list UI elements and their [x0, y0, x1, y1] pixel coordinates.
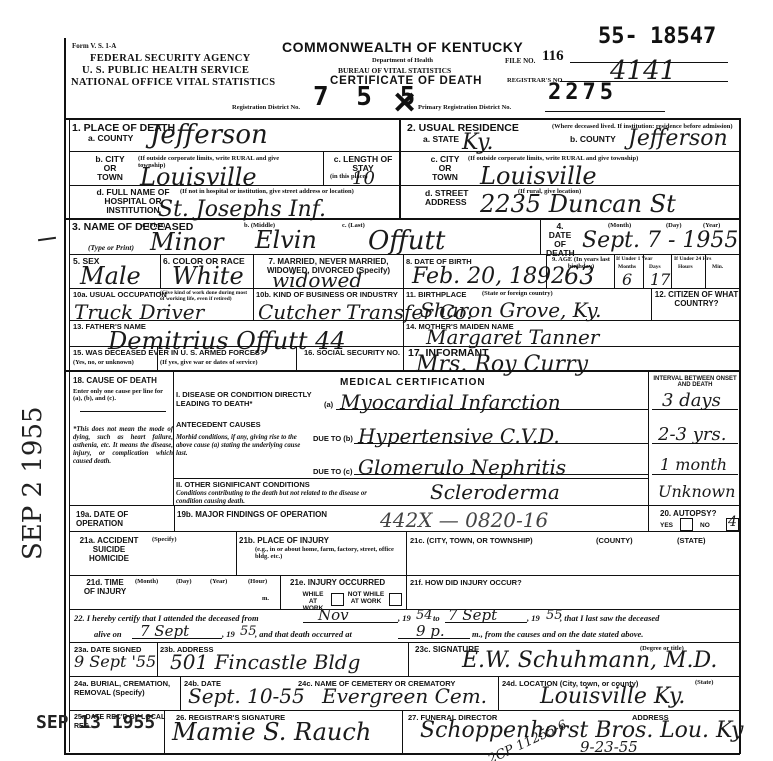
primary-district-value: 2275 [548, 80, 617, 105]
interval-b-value: 2-3 yrs. [658, 424, 726, 445]
middle-name-value: Elvin [255, 226, 317, 254]
certifier-signature: E.W. Schuhmann, M.D. [462, 648, 717, 673]
col-line [403, 288, 404, 320]
street-address-value: 2235 Duncan St [480, 190, 676, 218]
autopsy-yes-checkbox[interactable] [680, 518, 693, 531]
residence-city-note: (If outside corporate limits, write RURA… [468, 155, 638, 162]
row-line [70, 642, 739, 643]
injury-city-label: 21c. (CITY, TOWN, OR TOWNSHIP) [410, 536, 533, 545]
row-line [70, 531, 739, 532]
col-line [651, 288, 652, 320]
date-of-death-label: 4. DATE OF DEATH [546, 222, 574, 258]
burial-label: 24a. BURIAL, CREMATION, REMOVAL (Specify… [74, 679, 174, 697]
col-line [323, 151, 324, 185]
underline [652, 443, 738, 444]
injury-occurred-label: 21e. INJURY OCCURRED [290, 578, 385, 587]
cert-line1-e: , that I last saw the deceased [560, 614, 659, 622]
file-no-value: 116 [542, 48, 564, 65]
registration-district-label: Registration District No. [232, 104, 300, 111]
col-line [643, 254, 644, 288]
col-line [164, 710, 165, 753]
date-of-death-value: Sept. 7 - 1955 [582, 228, 738, 253]
col-line [160, 254, 161, 288]
date-signed-value: 9 Sept '55 [74, 652, 156, 671]
citizenship-label: 12. CITIZEN OF WHAT COUNTRY? [654, 290, 739, 308]
cause-of-death-note: Enter only one cause per line for (a), (… [73, 388, 173, 402]
primary-district-line [545, 111, 665, 112]
check-mark-icon: 4 [728, 514, 737, 530]
attended-from-year: 54 [416, 608, 433, 623]
age-value: 63 [564, 262, 595, 290]
col-line [253, 254, 254, 288]
col-line [157, 642, 158, 676]
col-line [173, 371, 174, 505]
last-name-value: Offutt [368, 226, 445, 256]
cert-line1-d: , 19 [527, 614, 540, 622]
deceased-name-note: (Type or Print) [88, 244, 134, 252]
cause-a-label: (a) [324, 400, 333, 409]
injury-day-label: (Day) [176, 578, 192, 585]
col-line [280, 575, 281, 609]
underline [445, 622, 527, 623]
row-line [401, 185, 739, 186]
divider [80, 411, 166, 412]
service-name: U. S. PUBLIC HEALTH SERVICE [82, 65, 249, 76]
cemetery-value: Evergreen Cem. [322, 684, 487, 708]
cause-a-value: Myocardial Infarction [340, 390, 561, 414]
row-line [70, 288, 739, 289]
not-while-at-work-checkbox[interactable] [389, 593, 402, 606]
row-line [70, 575, 739, 576]
col-line [157, 346, 158, 370]
col-line [546, 254, 547, 288]
underline [132, 638, 222, 639]
cert-line1-b: , 19 [398, 614, 411, 622]
row-line [174, 478, 648, 479]
birthplace-note: (State or foreign country) [482, 290, 553, 297]
col-line [406, 531, 407, 609]
department-name: Department of Health [372, 57, 433, 64]
col-line [705, 254, 706, 288]
row-line [70, 320, 739, 321]
underline [303, 622, 398, 623]
interval-c-value: 1 month [660, 455, 727, 474]
not-while-at-work-label: NOT WHILE AT WORK [346, 591, 386, 605]
form-left-border [64, 118, 66, 754]
under-24-hrs-label: If Under 24 Hrs [674, 256, 740, 262]
injury-month-label: (Month) [135, 578, 158, 585]
place-of-injury-note: (e.g., in or about home, farm, factory, … [255, 546, 405, 560]
last-name-label: c. (Last) [342, 222, 365, 229]
registrar-signature: Mamie S. Rauch [172, 718, 371, 746]
interval-2-value: Unknown [658, 482, 735, 501]
stamped-certificate-number: 18547 [650, 24, 716, 49]
row-line [70, 505, 739, 506]
operation-findings-label: 19b. MAJOR FINDINGS OF OPERATION [177, 510, 327, 519]
col-line [402, 710, 403, 753]
days-value: 17 [650, 270, 670, 289]
burial-date-value: Sept. 10-55 [188, 684, 305, 708]
cause-footnote: *This does not mean the mode of dying, s… [73, 426, 173, 466]
underline [354, 474, 648, 475]
margin-mark [38, 237, 56, 241]
residence-state-label: a. STATE [423, 135, 459, 144]
agency-name: FEDERAL SECURITY AGENCY [90, 53, 251, 64]
col-line [498, 676, 499, 710]
form-right-border [739, 118, 741, 754]
col-line [403, 346, 404, 370]
primary-district-label: Primary Registration District No. [418, 104, 511, 111]
injury-county-label: (COUNTY) [596, 536, 633, 545]
underline [336, 409, 648, 410]
file-no-label: FILE NO. [505, 57, 535, 65]
cert-line2-d: m., from the causes and on the date stat… [472, 630, 643, 638]
funeral-address-value: Lou. Ky [660, 718, 743, 743]
burial-state-label: (State) [695, 679, 713, 686]
date-received-stamp: SEP 13 1955 [36, 712, 155, 733]
min-label: Min. [712, 264, 723, 270]
cause-c-label: DUE TO (c) [313, 467, 352, 476]
part-1-label: I. DISEASE OR CONDITION DIRECTLY LEADING… [176, 390, 316, 408]
side-date-stamp: SEP 2 1955 [18, 406, 48, 560]
occupation-label: 10a. USUAL OCCUPATION [73, 290, 167, 299]
cert-line1-c: to [433, 614, 440, 622]
form-left-border-top [64, 38, 66, 118]
col-line [408, 642, 409, 676]
certifier-address-value: 501 Fincastle Bldg [170, 650, 360, 674]
part-2-note: Conditions contributing to the death but… [176, 490, 376, 506]
col-line [614, 254, 615, 288]
cause-b-label: DUE TO (b) [313, 434, 353, 443]
row-line-thick [64, 218, 740, 220]
col-line [296, 346, 297, 370]
first-name-value: Minor [150, 228, 224, 256]
while-at-work-checkbox[interactable] [331, 593, 344, 606]
business-label: 10b. KIND OF BUSINESS OR INDUSTRY [256, 290, 401, 299]
cert-line2-c: , and that death occurred at [255, 630, 352, 638]
row-line [401, 151, 739, 152]
underline [652, 409, 738, 410]
hospital-note: (If not in hospital or institution, give… [180, 188, 395, 195]
row-line [70, 185, 400, 186]
divider-place-residence [399, 120, 401, 219]
armed-forces-label: 15. WAS DECEASED EVER IN U. S. ARMED FOR… [73, 348, 264, 357]
date-of-birth-value: Feb. 20, 1892 [412, 264, 565, 289]
col-line [236, 531, 237, 575]
autopsy-yes-label: YES [660, 522, 673, 529]
row-line [70, 676, 739, 677]
interval-a-value: 3 days [662, 390, 721, 411]
row-line [70, 609, 739, 610]
cause-of-death-label: 18. CAUSE OF DEATH [73, 376, 157, 385]
col-line [403, 320, 404, 346]
race-value: White [172, 262, 244, 290]
office-name: NATIONAL OFFICE VITAL STATISTICS [71, 77, 275, 88]
cause-b-value: Hypertensive C.V.D. [358, 424, 560, 448]
time-of-injury-label: 21d. TIME OF INJURY [80, 578, 130, 596]
cause-c-value: Glomerulo Nephritis [358, 455, 566, 479]
armed-forces-note-1: (Yes, no, or unknown) [73, 359, 134, 366]
residence-county-value: Jefferson [628, 126, 728, 151]
form-number: Form V. S. 1-A [72, 42, 116, 50]
death-city-label: b. CITY OR TOWN [90, 155, 130, 182]
row-line [70, 346, 739, 347]
accident-label: 21a. ACCIDENT SUICIDE HOMICIDE [74, 536, 144, 563]
autopsy-label: 20. AUTOPSY? [660, 509, 716, 518]
col-line [403, 254, 404, 288]
col-line [671, 254, 672, 288]
months-value: 6 [622, 270, 632, 289]
x-mark-icon: ✕ [392, 86, 417, 121]
form-inner-left-border [69, 120, 70, 752]
autopsy-no-checkbox[interactable]: 4 [726, 518, 739, 531]
row-line-thick [64, 370, 740, 372]
ssn-label: 16. SOCIAL SECURITY NO. [300, 348, 400, 357]
how-injury-occurred-label: 21f. HOW DID INJURY OCCUR? [410, 578, 522, 587]
col-line [540, 220, 541, 254]
col-line [648, 371, 649, 531]
part-2-value: Scleroderma [430, 480, 560, 504]
death-county-value: Jefferson [150, 120, 268, 150]
accident-specify-label: (Specify) [152, 536, 177, 543]
residence-county-label: b. COUNTY [570, 135, 616, 144]
state-title: COMMONWEALTH OF KENTUCKY [282, 39, 523, 55]
col-line [253, 288, 254, 320]
under-1-year-label: If Under 1 Year [616, 256, 676, 262]
antecedent-note: Morbid conditions, if any, giving rise t… [176, 434, 306, 458]
col-line [180, 676, 181, 710]
cert-line2-a: alive on [94, 630, 122, 638]
informant-value: Mrs. Roy Curry [416, 352, 588, 377]
injury-year-label: (Year) [210, 578, 227, 585]
death-county-label: a. COUNTY [88, 134, 133, 143]
row-line [70, 254, 739, 255]
col-line [174, 505, 175, 531]
cert-line2-b: , 19 [222, 630, 235, 638]
part-2-label: II. OTHER SIGNIFICANT CONDITIONS [176, 480, 310, 489]
operation-date-label: 19a. DATE OF OPERATION [76, 510, 174, 528]
underline [354, 443, 648, 444]
armed-forces-note-2: (If yes, give war or dates of service) [160, 359, 258, 366]
form-bottom-border [64, 753, 740, 755]
burial-location-value: Louisville Ky. [540, 684, 685, 709]
injury-m-label: m. [262, 595, 269, 602]
sex-value: Male [80, 262, 141, 290]
row-line [70, 151, 400, 152]
injury-hour-label: (Hour) [248, 578, 267, 585]
underline [652, 474, 738, 475]
cert-line1-a: 22. I hereby certify that I attended the… [74, 614, 259, 622]
street-address-label: d. STREET ADDRESS [425, 189, 470, 207]
antecedent-label: ANTECEDENT CAUSES [176, 420, 261, 429]
birthplace-value: Sharon Grove, Ky. [420, 298, 601, 322]
place-of-injury-label: 21b. PLACE OF INJURY [239, 536, 329, 545]
autopsy-no-label: NO [700, 522, 710, 529]
stamped-number-prefix: 55- [598, 24, 638, 49]
row-line [70, 710, 739, 711]
underline [398, 638, 470, 639]
bureau-name: BUREAU OF VITAL STATISTICS [338, 66, 451, 75]
injury-state-label: (STATE) [677, 536, 705, 545]
interval-label: INTERVAL BETWEEN ONSET AND DEATH [652, 376, 738, 388]
operation-findings-value: 442X — 0820-16 [380, 508, 548, 532]
hours-label: Hours [678, 264, 693, 270]
residence-city-label: c. CITY OR TOWN [425, 155, 465, 182]
bottom-date-note: 9-23-55 [580, 738, 638, 756]
medical-certification-title: MEDICAL CERTIFICATION [340, 378, 486, 387]
